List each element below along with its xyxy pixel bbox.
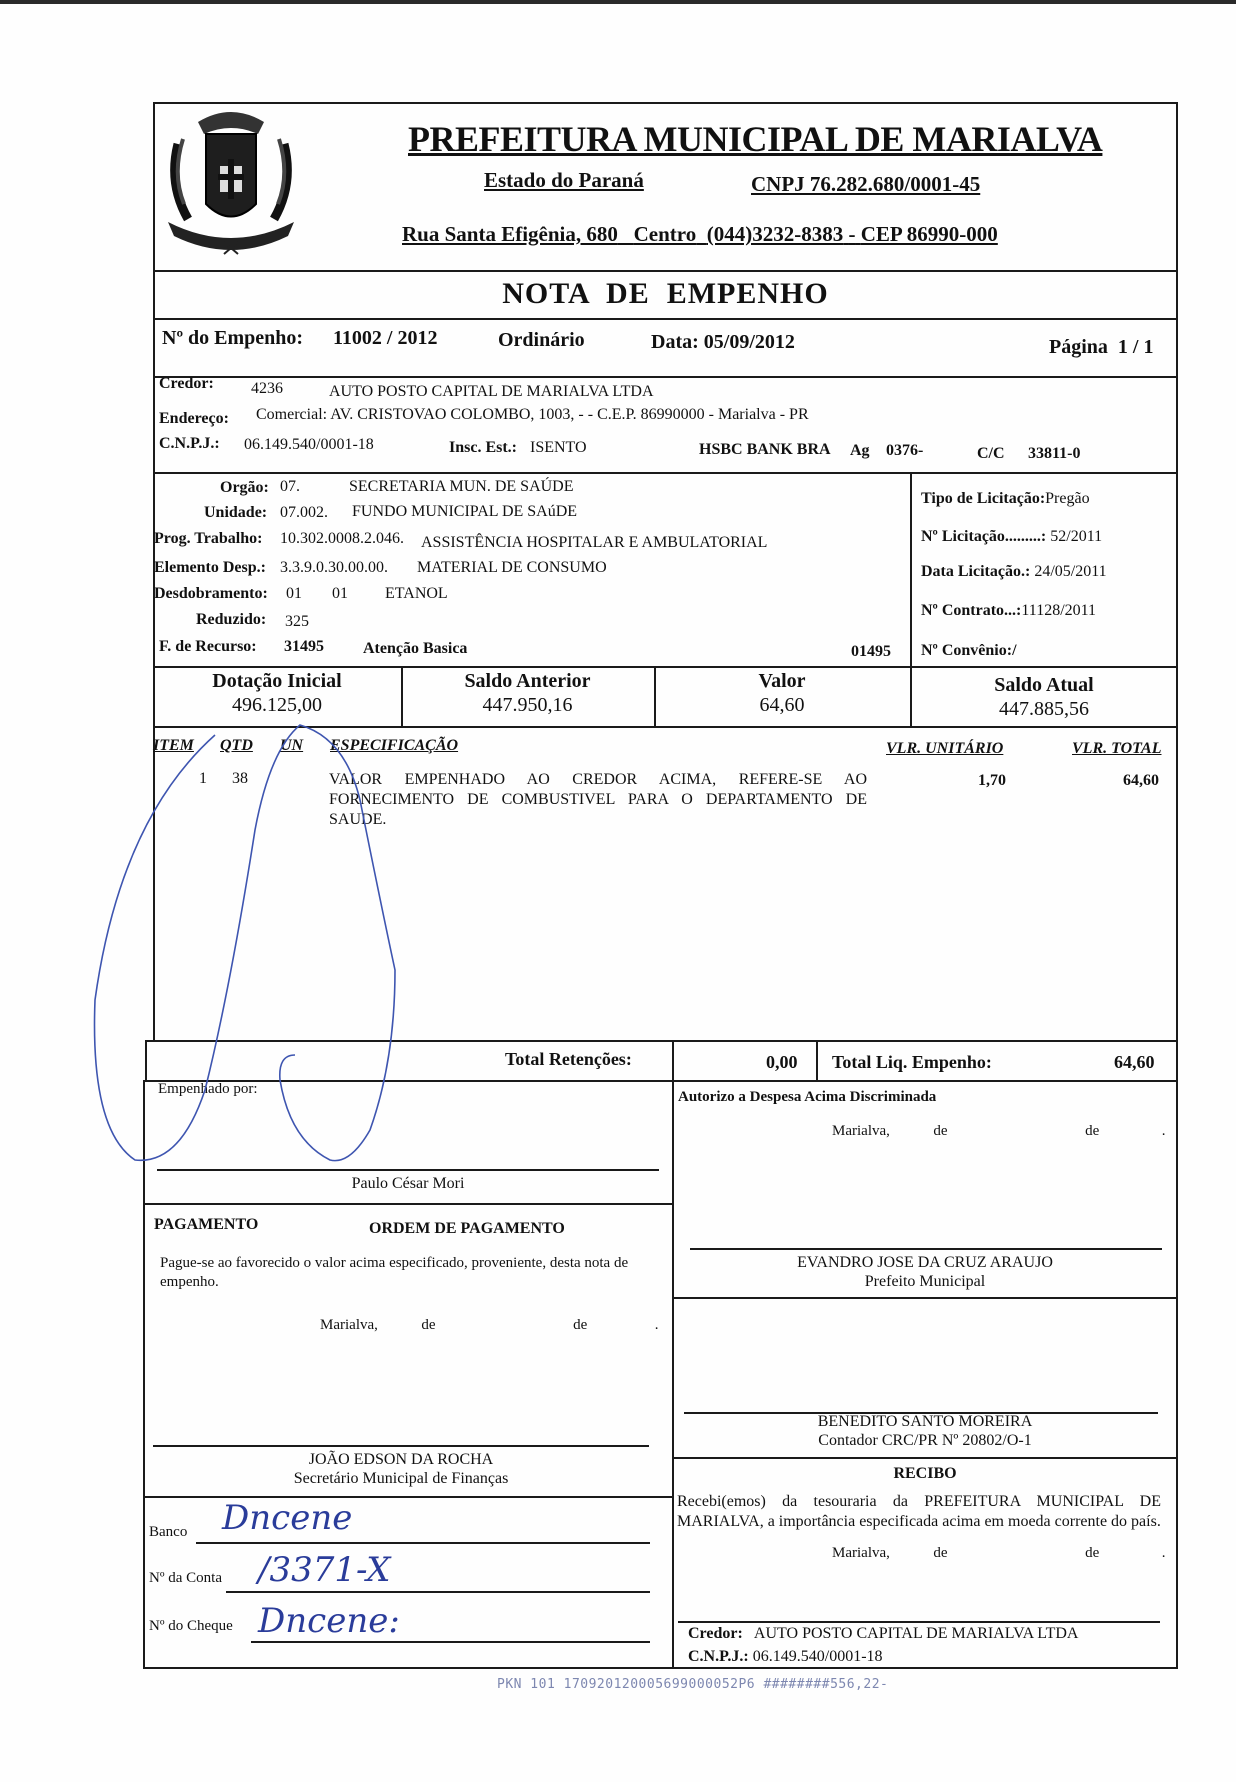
elemento-label: Elemento Desp.: (154, 559, 266, 577)
state-label: Estado do Paraná (484, 168, 644, 193)
cheque-value[interactable]: Dncene: (258, 1601, 400, 1641)
numero-licitacao-value: 52/2011 (1050, 528, 1102, 545)
bank-name: HSBC BANK BRA (699, 441, 831, 459)
contrato-label: Nº Contrato...: (921, 602, 1021, 619)
recibo-signature-line (678, 1621, 1160, 1623)
address-line: Rua Santa Efigênia, 680 Centro (044)3232… (402, 222, 998, 247)
city: Marialva, (320, 1317, 378, 1333)
totals-divider-2 (816, 1042, 818, 1080)
tipo-licitacao-label: Tipo de Licitação: (921, 490, 1045, 507)
retencoes-label: Total Retenções: (505, 1049, 632, 1070)
de2: de (1085, 1123, 1099, 1139)
convenio-label: Nº Convênio:/ (921, 642, 1017, 660)
end: . (1162, 1123, 1166, 1139)
recibo-title: RECIBO (674, 1465, 1176, 1483)
creditor-address: Comercial: AV. CRISTOVAO COLOMBO, 1003, … (256, 406, 809, 424)
orgao-name: SECRETARIA MUN. DE SAÚDE (349, 478, 574, 496)
credor-code: 4236 (251, 380, 283, 398)
balance-value: 447.885,56 (910, 698, 1178, 721)
totals-row (145, 1040, 1178, 1082)
numero-licitacao-label: Nº Licitação.........: (921, 528, 1046, 545)
numero-licitacao: Nº Licitação.........: 52/2011 (921, 528, 1102, 546)
reduzido-label: Reduzido: (196, 611, 266, 629)
insc-label: Insc. Est.: (449, 439, 517, 457)
col-un: UN (280, 737, 303, 755)
signature-line-prefeito (690, 1248, 1162, 1250)
credor-label: Credor: (159, 375, 214, 393)
address-label: Endereço: (159, 410, 229, 428)
prefeito-name: EVANDRO JOSE DA CRUZ ARAUJO (674, 1254, 1176, 1272)
agency-value: 0376- (886, 442, 923, 460)
desdobramento-name: ETANOL (385, 585, 448, 603)
crest-icon (158, 104, 304, 256)
contador-separator (674, 1297, 1178, 1299)
street: Rua Santa Efigênia, 680 (402, 222, 618, 246)
payment-text: Pague-se ao favorecido o valor acima esp… (160, 1254, 650, 1292)
payment-date-line: Marialva, de de . (320, 1317, 658, 1334)
bank-authentication-stamp: PKN 101 170920120005699000052P6 ########… (497, 1677, 888, 1692)
recibo-date-line: Marialva, de de . (832, 1545, 1165, 1562)
scan-edge (0, 0, 1236, 4)
recibo-credor-label: Credor: (688, 1625, 743, 1642)
de1: de (933, 1545, 947, 1561)
totals-divider-1 (672, 1042, 674, 1080)
cheque-line (251, 1641, 650, 1643)
elemento-name: MATERIAL DE CONSUMO (417, 559, 607, 577)
agency-label: Ag (850, 442, 870, 460)
signature-line-empenhado (157, 1169, 659, 1171)
date-label: Data: (651, 331, 699, 353)
desdobramento-label: Desdobramento: (154, 585, 268, 603)
prog-name: ASSISTÊNCIA HOSPITALAR E AMBULATORIAL (421, 534, 767, 552)
tipo-licitacao: Tipo de Licitação:Pregão (921, 490, 1090, 508)
liquido-value: 64,60 (1114, 1052, 1155, 1073)
col-total: VLR. TOTAL (1072, 740, 1162, 758)
signature-line-secretario (153, 1445, 649, 1447)
ordem-label: ORDEM DE PAGAMENTO (369, 1220, 565, 1238)
phone: (044)3232-8383 (707, 222, 843, 246)
reduzido-value: 325 (285, 613, 309, 631)
balance-label: Saldo Atual (910, 674, 1178, 697)
cep: CEP 86990-000 (861, 222, 998, 246)
empenho-number: 11002 / 2012 (333, 327, 437, 350)
unidade-label: Unidade: (204, 504, 267, 522)
de2: de (1085, 1545, 1099, 1561)
credor-name: AUTO POSTO CAPITAL DE MARIALVA LTDA (329, 383, 654, 401)
pagamento-separator (145, 1203, 672, 1205)
document-title: NOTA DE EMPENHO (153, 270, 1178, 318)
unidade-name: FUNDO MUNICIPAL DE SAúDE (352, 503, 577, 521)
empenho-type: Ordinário (498, 329, 585, 352)
district: Centro (634, 222, 697, 246)
page-label: Página (1049, 336, 1108, 358)
separator: - (848, 222, 855, 246)
recibo-cnpj-label: C.N.P.J.: (688, 1648, 749, 1665)
row-qtd: 38 (232, 770, 248, 788)
data-licitacao-value: 24/05/2011 (1034, 563, 1106, 580)
recurso-code: 31495 (284, 638, 324, 656)
recurso-extra: 01495 (851, 643, 891, 661)
contrato: Nº Contrato...:11128/2011 (921, 602, 1096, 620)
conta-value[interactable]: /3371-X (258, 1550, 390, 1590)
cnpj-label: C.N.P.J.: (159, 435, 220, 453)
recibo-credor-value: AUTO POSTO CAPITAL DE MARIALVA LTDA (754, 1625, 1079, 1642)
liquido-label: Total Liq. Empenho: (832, 1052, 992, 1073)
recurso-label: F. de Recurso: (159, 638, 257, 656)
row-total-value: 64,60 (1123, 772, 1159, 790)
col-item: ITEM (153, 737, 194, 755)
banco-label: Banco (149, 1524, 187, 1541)
recibo-separator (674, 1457, 1178, 1459)
insc-value: ISENTO (530, 439, 587, 457)
row-spec: VALOR EMPENHADO AO CREDOR ACIMA, REFERE-… (329, 770, 867, 830)
banco-line (196, 1542, 650, 1544)
autorizo-date-line: Marialva, de de . (832, 1123, 1165, 1140)
prog-label: Prog. Trabalho: (154, 530, 262, 548)
data-licitacao: Data Licitação.: 24/05/2011 (921, 563, 1107, 581)
banco-value[interactable]: Dncene (222, 1498, 352, 1538)
date-value: 05/09/2012 (704, 331, 795, 353)
conta-label: Nº da Conta (149, 1570, 222, 1587)
prog-code: 10.302.0008.2.046. (280, 530, 404, 548)
secretario-title: Secretário Municipal de Finanças (153, 1470, 649, 1488)
balance-label: Saldo Anterior (401, 670, 654, 693)
recibo-text: Recebi(emos) da tesouraria da PREFEITURA… (677, 1492, 1161, 1532)
municipality-title: PREFEITURA MUNICIPAL DE MARIALVA (408, 118, 1078, 160)
elemento-code: 3.3.9.0.30.00.00. (280, 559, 388, 577)
prefeito-title: Prefeito Municipal (674, 1273, 1176, 1291)
contador-name: BENEDITO SANTO MOREIRA (674, 1413, 1176, 1431)
unidade-code: 07.002. (280, 504, 328, 522)
balance-value: 496.125,00 (153, 694, 401, 717)
col-unit: VLR. UNITÁRIO (886, 740, 1003, 758)
page-value: 1 / 1 (1118, 336, 1154, 358)
data-licitacao-label: Data Licitação.: (921, 563, 1030, 580)
de2: de (573, 1317, 587, 1333)
empenho-number-label: Nº do Empenho: (162, 327, 303, 350)
page-indicator: Página 1 / 1 (1049, 336, 1153, 359)
empenho-date: Data: 05/09/2012 (651, 331, 795, 354)
col-qtd: QTD (220, 737, 253, 755)
city: Marialva, (832, 1545, 890, 1561)
creditor-cnpj: 06.149.540/0001-18 (244, 436, 374, 454)
orgao-label: Orgão: (220, 479, 269, 497)
autorizo-label: Autorizo a Despesa Acima Discriminada (678, 1089, 936, 1106)
tipo-licitacao-value: Pregão (1045, 490, 1089, 507)
retencoes-value: 0,00 (766, 1052, 798, 1073)
cheque-label: Nº do Cheque (149, 1618, 233, 1635)
city: Marialva, (832, 1123, 890, 1139)
empenhado-name: Paulo César Mori (157, 1175, 659, 1193)
recibo-cnpj-value: 06.149.540/0001-18 (753, 1648, 883, 1665)
recibo-cnpj: C.N.P.J.: 06.149.540/0001-18 (688, 1648, 883, 1666)
col-spec: ESPECIFICAÇÃO (330, 737, 458, 755)
de1: de (421, 1317, 435, 1333)
budget-divider (910, 474, 912, 666)
desdobramento-a: 01 (286, 585, 302, 603)
end: . (655, 1317, 659, 1333)
contrato-value: 11128/2011 (1021, 602, 1096, 619)
conta-line (226, 1591, 650, 1593)
account-label: C/C (977, 445, 1005, 463)
recibo-credor: Credor: AUTO POSTO CAPITAL DE MARIALVA L… (688, 1625, 1078, 1643)
balance-value: 447.950,16 (401, 694, 654, 717)
contador-title: Contador CRC/PR Nº 20802/O-1 (674, 1432, 1176, 1450)
municipality-cnpj: CNPJ 76.282.680/0001-45 (751, 172, 980, 197)
pagamento-label: PAGAMENTO (154, 1216, 258, 1234)
balance-value: 64,60 (654, 694, 910, 717)
creditor-block (153, 376, 1178, 474)
empenhado-label: Empenhado por: (158, 1081, 258, 1098)
orgao-code: 07. (280, 478, 300, 496)
account-value: 33811-0 (1028, 445, 1080, 463)
de1: de (933, 1123, 947, 1139)
end: . (1162, 1545, 1166, 1561)
desdobramento-b: 01 (332, 585, 348, 603)
lower-divider (672, 1082, 674, 1667)
row-item: 1 (199, 770, 207, 788)
balance-label: Dotação Inicial (153, 670, 401, 693)
secretario-name: JOÃO EDSON DA ROCHA (153, 1451, 649, 1469)
balance-label: Valor (654, 670, 910, 693)
recurso-name: Atenção Basica (363, 640, 467, 658)
row-unit-value: 1,70 (978, 772, 1006, 790)
